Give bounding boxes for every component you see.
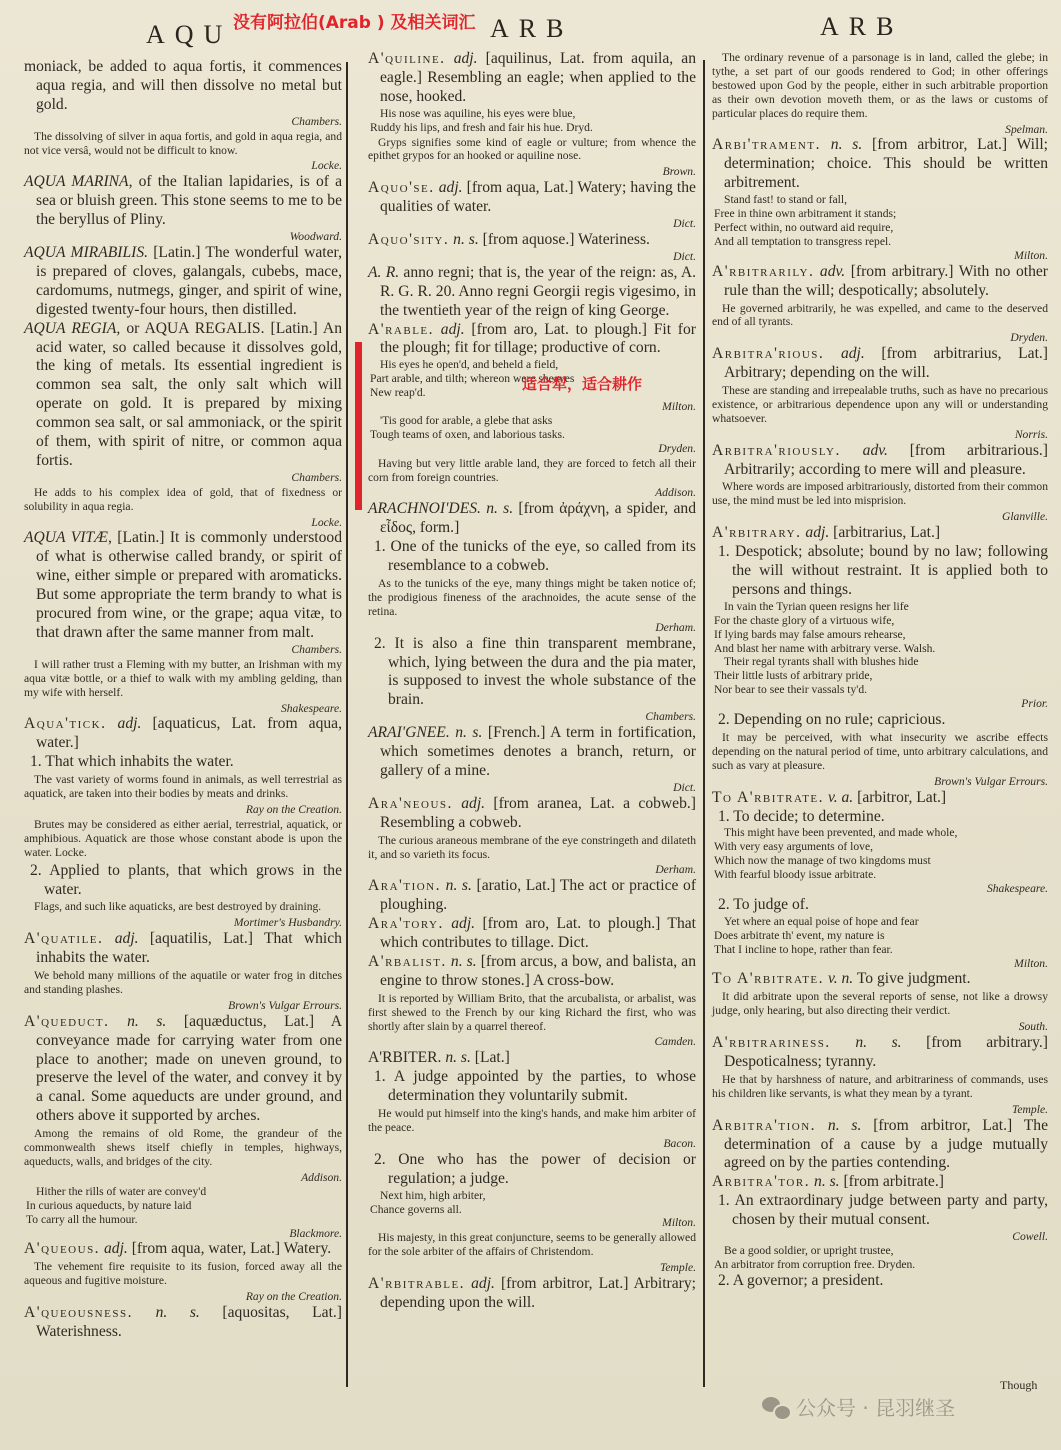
headword: A'quatile. [24, 930, 103, 947]
verse-line: And all temptation to transgress repel. [712, 235, 1048, 249]
citation-source: Dict. [368, 217, 696, 231]
verse-line: 'Tis good for arable, a glebe that asks [368, 414, 696, 428]
headword: A'rbitrarily. [712, 263, 814, 280]
dictionary-entry: A'rbitrarily. adv. [from arbitrary.] Wit… [712, 263, 1048, 301]
headword: AQUA MARINA, [24, 173, 132, 190]
quotation: Gryps signifies some kind of eagle or vu… [368, 136, 696, 164]
citation-source: Camden. [368, 1035, 696, 1049]
running-head-right: ARB [820, 12, 903, 42]
part-of-speech: adj. [115, 930, 139, 947]
dictionary-entry: To A'rbitrate. v. n. To give judgment. [712, 970, 1048, 989]
dictionary-entry: A. R. anno regni; that is, the year of t… [368, 264, 696, 321]
verse-line: Ruddy his lips, and fresh and fair his h… [368, 121, 696, 135]
headword: A'rbitrariness. [712, 1034, 831, 1051]
part-of-speech: n. s. [127, 1013, 166, 1030]
numbered-sense: 2. To judge of. [712, 896, 1048, 915]
headword: A'quiline. [368, 50, 446, 67]
dictionary-entry: Arbitra'riously. adv. [from arbitrarious… [712, 442, 1048, 480]
dictionary-entry: Arbitra'tor. n. s. [from arbitrate.] [712, 1173, 1048, 1192]
citation-source: Glanville. [712, 510, 1048, 524]
part-of-speech: n. s. [445, 1049, 471, 1066]
definition-text: or AQUA REGALIS. [Latin.] An acid water,… [36, 320, 342, 469]
part-of-speech: adj. [461, 795, 485, 812]
part-of-speech: adj. [841, 345, 865, 362]
dictionary-entry: Ara'neous. adj. [from aranea, Lat. a cob… [368, 795, 696, 833]
verse-line: Nor bear to see their vassals ty'd. [712, 683, 1048, 697]
verse-line: With very easy arguments of love, [712, 840, 1048, 854]
headword: AQUA MIRABILIS. [24, 244, 148, 261]
part-of-speech: adj. [471, 1275, 495, 1292]
quotation: It did arbitrate upon the several report… [712, 990, 1048, 1018]
quotation: It is reported by William Brito, that th… [368, 992, 696, 1034]
citation-source: Brown's Vulgar Errours. [712, 775, 1048, 789]
part-of-speech: adj. [118, 715, 142, 732]
headword: AQUA VITÆ, [24, 529, 112, 546]
quotation: The vast variety of worms found in anima… [24, 773, 342, 801]
column-right: The ordinary revenue of a parsonage is i… [712, 50, 1048, 1291]
headword: Arbitra'tion. [712, 1117, 816, 1134]
part-of-speech: adj. [451, 915, 475, 932]
headword: A'RBITER. [368, 1049, 441, 1066]
verse-line: Perfect within, no outward aid require, [712, 221, 1048, 235]
verse-line: In vain the Tyrian queen resigns her lif… [712, 600, 1048, 614]
verse-line: Yet where an equal poise of hope and fea… [712, 915, 1048, 929]
numbered-sense: 2. Applied to plants, that which grows i… [24, 862, 342, 900]
part-of-speech: adj. [805, 524, 829, 541]
verse-quotation: This might have been prevented, and made… [712, 826, 1048, 882]
citation-source: Addison. [368, 486, 696, 500]
dictionary-entry: A'queduct. n. s. [aquæductus, Lat.] A co… [24, 1013, 342, 1126]
headword: A'rbitrary. [712, 524, 801, 541]
dictionary-entry: A'RBITER. n. s. [Lat.] [368, 1049, 696, 1068]
dictionary-entry: A'rbitrariness. n. s. [from arbitrary.] … [712, 1034, 1048, 1072]
part-of-speech: n. s. [828, 1117, 861, 1134]
part-of-speech: adj. [439, 179, 463, 196]
running-head-left: AQU [146, 20, 232, 50]
numbered-sense: 1. One of the tunicks of the eye, so cal… [368, 538, 696, 576]
dictionary-entry: ARAI'GNEE. n. s. [French.] A term in for… [368, 724, 696, 781]
dictionary-entry: A'quatile. adj. [aquatilis, Lat.] That w… [24, 930, 342, 968]
wechat-icon [762, 1396, 790, 1418]
citation-source: Chambers. [24, 115, 342, 129]
dictionary-entry: A'queousness. n. s. [aquositas, Lat.] Wa… [24, 1304, 342, 1342]
citation-source: Blackmore. [24, 1227, 342, 1241]
numbered-sense: 1. To decide; to determine. [712, 808, 1048, 827]
dictionary-entry: AQUA MARINA, of the Italian lapidaries, … [24, 173, 342, 230]
citation-source: Woodward. [24, 230, 342, 244]
headword: ARAI'GNEE. [368, 724, 450, 741]
numbered-sense: 1. A judge appointed by the parties, to … [368, 1068, 696, 1106]
quotation: His majesty, in this great conjuncture, … [368, 1231, 696, 1259]
quotation: It may be perceived, with what insecurit… [712, 731, 1048, 773]
verse-line: An arbitrator from corruption free. Dryd… [712, 1258, 1048, 1272]
citation-source: Brown's Vulgar Errours. [24, 999, 342, 1013]
definition-text: moniack, be added to aqua fortis, it com… [24, 58, 342, 115]
quotation: Brutes may be considered as either aeria… [24, 818, 342, 860]
citation-source: Milton. [712, 249, 1048, 263]
quotation: The dissolving of silver in aqua fortis,… [24, 130, 342, 158]
citation-source: Brown. [368, 165, 696, 179]
dictionary-entry: A'rbalist. n. s. [from arcus, a bow, and… [368, 953, 696, 991]
citation-source: South. [712, 1020, 1048, 1034]
verse-line: Which now the manage of two kingdoms mus… [712, 854, 1048, 868]
dictionary-entry: Arbitra'rious. adj. [from arbitrarius, L… [712, 345, 1048, 383]
citation-source: Dict. [368, 781, 696, 795]
citation-source: Temple. [712, 1103, 1048, 1117]
quotation: The vehement fire requisite to its fusio… [24, 1260, 342, 1288]
definition-text: [arbitrarius, Lat.] [833, 524, 940, 541]
verse-quotation: Stand fast! to stand or fall,Free in thi… [712, 193, 1048, 249]
verse-line: Their regal tyrants shall with blushes h… [712, 655, 1048, 669]
quotation: He that by harshness of nature, and arbi… [712, 1073, 1048, 1101]
dictionary-entry: Arbitra'tion. n. s. [from arbitror, Lat.… [712, 1117, 1048, 1174]
quotation: Flags, and such like aquaticks, are best… [24, 900, 342, 914]
definition-text: [from arbitrate.] [843, 1173, 943, 1190]
headword: Aqua'tick. [24, 715, 106, 732]
dictionary-entry: Ara'tion. n. s. [aratio, Lat.] The act o… [368, 877, 696, 915]
verse-line: And blast her name with arbitrary verse.… [712, 642, 1048, 656]
headword: Arbitra'riously. [712, 442, 841, 459]
citation-source: Prior. [712, 697, 1048, 711]
part-of-speech: n. s. [451, 953, 477, 970]
dictionary-entry: A'quiline. adj. [aquilinus, Lat. from aq… [368, 50, 696, 107]
verse-line: For the chaste glory of a virtuous wife, [712, 614, 1048, 628]
dictionary-entry: A'queous. adj. [from aqua, water, Lat.] … [24, 1240, 342, 1259]
part-of-speech: n. s. [831, 136, 862, 153]
numbered-sense: 1. Despotick; absolute; bound by no law;… [712, 543, 1048, 600]
column-rule-right [703, 60, 705, 1387]
headword: Aquo'sity. [368, 231, 449, 248]
dictionary-entry: AQUA REGIA, or AQUA REGALIS. [Latin.] An… [24, 320, 342, 471]
definition-text: [arbitror, Lat.] [857, 789, 946, 806]
citation-source: Chambers. [24, 471, 342, 485]
verse-quotation: In vain the Tyrian queen resigns her lif… [712, 600, 1048, 656]
headword: A'queousness. [24, 1304, 133, 1321]
verse-quotation: His nose was aquiline, his eyes were blu… [368, 107, 696, 135]
headword: Ara'neous. [368, 795, 453, 812]
watermark-text: 公众号 · 昆羽继圣 [796, 1392, 955, 1421]
headword: Ara'tory. [368, 915, 444, 932]
verse-quotation: Hither the rills of water are convey'dIn… [24, 1185, 342, 1227]
citation-source: Mortimer's Husbandry. [24, 916, 342, 930]
citation-source: Addison. [24, 1171, 342, 1185]
part-of-speech: n. s. [455, 724, 482, 741]
citation-source: Shakespeare. [712, 882, 1048, 896]
part-of-speech: adj. [454, 50, 478, 67]
headword: Arbitra'tor. [712, 1173, 810, 1190]
dictionary-entry: Arbi'trament. n. s. [from arbitror, Lat.… [712, 136, 1048, 193]
headword: Arbitra'rious. [712, 345, 824, 362]
dictionary-entry: A'rbitrable. adj. [from arbitror, Lat.] … [368, 1275, 696, 1313]
citation-source: Temple. [368, 1261, 696, 1275]
quotation: We behold many millions of the aquatile … [24, 969, 342, 997]
citation-source: Norris. [712, 428, 1048, 442]
watermark: 公众号 · 昆羽继圣 [762, 1392, 955, 1421]
column-middle: A'quiline. adj. [aquilinus, Lat. from aq… [368, 50, 696, 1313]
red-highlight-bar [355, 342, 362, 510]
part-of-speech: v. a. [828, 789, 853, 806]
quotation: These are standing and irrepealable trut… [712, 384, 1048, 426]
headword: A'queduct. [24, 1013, 110, 1030]
quotation: I will rather trust a Fleming with my bu… [24, 658, 342, 700]
numbered-sense: 2. A governor; a president. [712, 1272, 1048, 1291]
headword: A'rable. [368, 321, 434, 338]
citation-source: Milton. [712, 957, 1048, 971]
citation-source: Milton. [368, 1216, 696, 1230]
quotation: He would put himself into the king's han… [368, 1107, 696, 1135]
citation-source: Dryden. [712, 331, 1048, 345]
part-of-speech: adj. [104, 1240, 128, 1257]
verse-quotation: Next him, high arbiter,Chance governs al… [368, 1189, 696, 1217]
verse-line: Be a good soldier, or upright trustee, [712, 1244, 1048, 1258]
headword: A'queous. [24, 1240, 100, 1257]
definition-text: anno regni; that is, the year of the rei… [380, 264, 696, 319]
red-annotation-title: 没有阿拉伯(Arab ) 及相关词汇 [233, 8, 476, 33]
headword: Ara'tion. [368, 877, 441, 894]
headword: A'rbalist. [368, 953, 447, 970]
citation-source: Dryden. [368, 442, 696, 456]
headword: To A'rbitrate. [712, 970, 824, 987]
quotation: The curious araneous membrane of the eye… [368, 834, 696, 862]
part-of-speech: n. s. [855, 1034, 901, 1051]
verse-line: With fearful bloody issue arbitrate. [712, 868, 1048, 882]
dictionary-entry: AQUA MIRABILIS. [Latin.] The wonderful w… [24, 244, 342, 320]
numbered-sense: 1. That which inhabits the water. [24, 753, 342, 772]
citation-source: Shakespeare. [24, 702, 342, 716]
quotation: He adds to his complex idea of gold, tha… [24, 486, 342, 514]
verse-line: Stand fast! to stand or fall, [712, 193, 1048, 207]
dictionary-entry: ARACHNOI'DES. n. s. [from ἀράχνη, a spid… [368, 500, 696, 538]
verse-line: To carry all the humour. [24, 1213, 342, 1227]
dictionary-entry: AQUA VITÆ, [Latin.] It is commonly under… [24, 529, 342, 642]
dictionary-entry: A'rbitrary. adj. [arbitrarius, Lat.] [712, 524, 1048, 543]
definition-text: To give judgment. [857, 970, 971, 987]
verse-line: In curious aqueducts, by nature laid [24, 1199, 342, 1213]
quotation: Where words are imposed arbitrariously, … [712, 480, 1048, 508]
numbered-sense: 2. It is also a fine thin transparent me… [368, 635, 696, 711]
column-rule-left [346, 62, 348, 1387]
citation-source: Chambers. [24, 643, 342, 657]
citation-source: Chambers. [368, 710, 696, 724]
catchword: Though [1000, 1378, 1037, 1393]
part-of-speech: adv. [863, 442, 888, 459]
definition-text: [from aquose.] Wateriness. [483, 231, 650, 248]
verse-line: Hither the rills of water are convey'd [24, 1185, 342, 1199]
quotation: As to the tunicks of the eye, many thing… [368, 577, 696, 619]
verse-line: Chance governs all. [368, 1203, 696, 1217]
citation-source: Ray on the Creation. [24, 1290, 342, 1304]
dictionary-page: AQU ARB ARB 没有阿拉伯(Arab ) 及相关词汇 moniack, … [0, 0, 1061, 1450]
quotation: Among the remains of old Rome, the grand… [24, 1127, 342, 1169]
citation-source: Locke. [24, 516, 342, 530]
part-of-speech: v. n. [828, 970, 853, 987]
quotation: Having but very little arable land, they… [368, 457, 696, 485]
headword: A'rbitrable. [368, 1275, 465, 1292]
verse-line: Next him, high arbiter, [368, 1189, 696, 1203]
verse-line: Free in thine own arbitrament it stands; [712, 207, 1048, 221]
definition-text: [from aqua, water, Lat.] Watery. [132, 1240, 331, 1257]
headword: A. R. [368, 264, 399, 281]
part-of-speech: adv. [820, 263, 845, 280]
dictionary-entry: A'rable. adj. [from aro, Lat. to plough.… [368, 321, 696, 359]
citation-source: Cowell. [712, 1230, 1048, 1244]
verse-line: If lying bards may false amours rehearse… [712, 628, 1048, 642]
quotation: The ordinary revenue of a parsonage is i… [712, 51, 1048, 121]
verse-quotation: Their regal tyrants shall with blushes h… [712, 655, 1048, 697]
running-head-middle: ARB [490, 14, 573, 44]
quotation: He governed arbitrarily, he was expelled… [712, 302, 1048, 330]
verse-quotation: Be a good soldier, or upright trustee,An… [712, 1244, 1048, 1272]
citation-source: Bacon. [368, 1137, 696, 1151]
citation-source: Locke. [24, 159, 342, 173]
verse-quotation: 'Tis good for arable, a glebe that asksT… [368, 414, 696, 442]
dictionary-entry: Aquo'se. adj. [from aqua, Lat.] Watery; … [368, 179, 696, 217]
citation-source: Spelman. [712, 123, 1048, 137]
numbered-sense: 2. One who has the power of decision or … [368, 1151, 696, 1189]
part-of-speech: n. s. [453, 231, 479, 248]
verse-quotation: Yet where an equal poise of hope and fea… [712, 915, 1048, 957]
part-of-speech: n. s. [486, 500, 513, 517]
citation-source: Dict. [368, 250, 696, 264]
dictionary-entry: Aquo'sity. n. s. [from aquose.] Waterine… [368, 231, 696, 250]
verse-line: That I incline to hope, rather than fear… [712, 943, 1048, 957]
citation-source: Derham. [368, 863, 696, 877]
part-of-speech: adj. [441, 321, 465, 338]
verse-line: Their little lusts of arbitrary pride, [712, 669, 1048, 683]
headword: To A'rbitrate. [712, 789, 824, 806]
definition-text: [Lat.] [475, 1049, 510, 1066]
dictionary-entry: Aqua'tick. adj. [aquaticus, Lat. from aq… [24, 715, 342, 753]
numbered-sense: 1. An extraordinary judge between party … [712, 1192, 1048, 1230]
citation-source: Ray on the Creation. [24, 803, 342, 817]
part-of-speech: n. s. [814, 1173, 840, 1190]
dictionary-entry: To A'rbitrate. v. a. [arbitror, Lat.] [712, 789, 1048, 808]
headword: ARACHNOI'DES. [368, 500, 481, 517]
verse-line: His eyes he open'd, and beheld a field, [368, 358, 696, 372]
dictionary-entry: Ara'tory. adj. [from aro, Lat. to plough… [368, 915, 696, 953]
citation-source: Milton. [368, 400, 696, 414]
verse-line: This might have been prevented, and made… [712, 826, 1048, 840]
red-annotation-arable: 适合犁，适合耕作 [522, 373, 642, 394]
verse-line: His nose was aquiline, his eyes were blu… [368, 107, 696, 121]
column-left: moniack, be added to aqua fortis, it com… [24, 58, 342, 1342]
part-of-speech: n. s. [446, 877, 472, 894]
headword: AQUA REGIA, [24, 320, 120, 337]
numbered-sense: 2. Depending on no rule; capricious. [712, 711, 1048, 730]
verse-line: Does arbitrate th' event, my nature is [712, 929, 1048, 943]
verse-line: Tough teams of oxen, and laborious tasks… [368, 428, 696, 442]
headword: Aquo'se. [368, 179, 435, 196]
citation-source: Derham. [368, 621, 696, 635]
headword: Arbi'trament. [712, 136, 821, 153]
part-of-speech: n. s. [156, 1304, 200, 1321]
